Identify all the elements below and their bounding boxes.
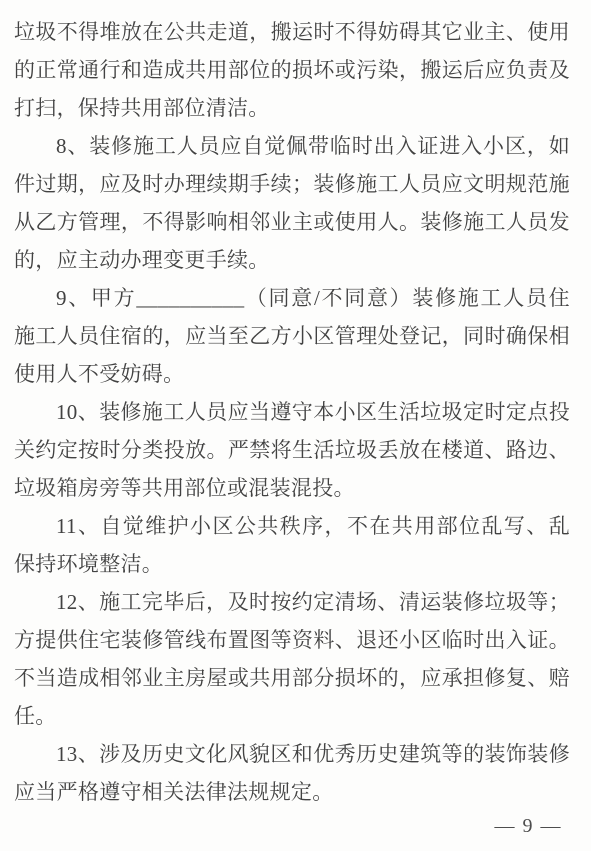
text-line: 不当造成相邻业主房屋或共用部分损坏的，应承担修复、赔偿等责 <box>14 659 570 697</box>
text-line: 保持环境整洁。 <box>14 545 570 583</box>
text-line: 的正常通行和造成共用部位的损坏或污染，搬运后应负责及时 <box>14 51 570 89</box>
text-line: 垃圾箱房旁等共用部位或混装混投。 <box>14 469 570 507</box>
page-number: — 9 — <box>495 815 563 838</box>
text-line: 使用人不受妨碍。 <box>14 355 570 393</box>
document-page: 垃圾不得堆放在公共走道，搬运时不得妨碍其它业主、使用人 的正常通行和造成共用部位… <box>0 0 591 851</box>
text-line: 方提供住宅装修管线布置图等资料、退还小区临时出入证。因装修 <box>14 621 570 659</box>
text-line: 11、自觉维护小区公共秩序，不在共用部位乱写、乱划、乱画， <box>14 507 570 545</box>
document-body: 垃圾不得堆放在公共走道，搬运时不得妨碍其它业主、使用人 的正常通行和造成共用部位… <box>0 0 591 811</box>
paragraph-clause-11: 11、自觉维护小区公共秩序，不在共用部位乱写、乱划、乱画， 保持环境整洁。 <box>14 507 570 583</box>
text-line: 任。 <box>14 697 570 735</box>
text-line: 10、装修施工人员应当遵守本小区生活垃圾定时定点投放的有 <box>14 393 570 431</box>
text-line: 施工人员住宿的，应当至乙方小区管理处登记，同时确保相邻业主、 <box>14 317 570 355</box>
text-line: 8、装修施工人员应自觉佩带临时出入证进入小区，如发现证 <box>14 127 570 165</box>
paragraph-clause-7-continuation: 垃圾不得堆放在公共走道，搬运时不得妨碍其它业主、使用人 的正常通行和造成共用部位… <box>14 13 570 127</box>
text-line: 应当严格遵守相关法律法规规定。 <box>14 773 570 811</box>
text-line: 13、涉及历史文化风貌区和优秀历史建筑等的装饰装修活动， <box>14 735 570 773</box>
paragraph-clause-13: 13、涉及历史文化风貌区和优秀历史建筑等的装饰装修活动， 应当严格遵守相关法律法… <box>14 735 570 811</box>
text-line: 件过期，应及时办理续期手续；装修施工人员应文明规范施工，服 <box>14 165 570 203</box>
text-line: 关约定按时分类投放。严禁将生活垃圾丢放在楼道、路边、草丛、 <box>14 431 570 469</box>
paragraph-clause-8: 8、装修施工人员应自觉佩带临时出入证进入小区，如发现证 件过期，应及时办理续期手… <box>14 127 570 279</box>
paragraph-clause-12: 12、施工完毕后，及时按约定清场、清运装修垃圾等；应向乙 方提供住宅装修管线布置… <box>14 583 570 735</box>
paragraph-clause-10: 10、装修施工人员应当遵守本小区生活垃圾定时定点投放的有 关约定按时分类投放。严… <box>14 393 570 507</box>
text-line-with-fill-in-blank: 9、甲方__________（同意/不同意）装修施工人员住宿。装修 <box>14 279 570 317</box>
text-line: 打扫，保持共用部位清洁。 <box>14 89 570 127</box>
text-line: 的，应主动办理变更手续。 <box>14 241 570 279</box>
paragraph-clause-9: 9、甲方__________（同意/不同意）装修施工人员住宿。装修 施工人员住宿… <box>14 279 570 393</box>
text-line: 12、施工完毕后，及时按约定清场、清运装修垃圾等；应向乙 <box>14 583 570 621</box>
text-line: 垃圾不得堆放在公共走道，搬运时不得妨碍其它业主、使用人 <box>14 13 570 51</box>
text-line: 从乙方管理，不得影响相邻业主或使用人。装修施工人员发生变动 <box>14 203 570 241</box>
